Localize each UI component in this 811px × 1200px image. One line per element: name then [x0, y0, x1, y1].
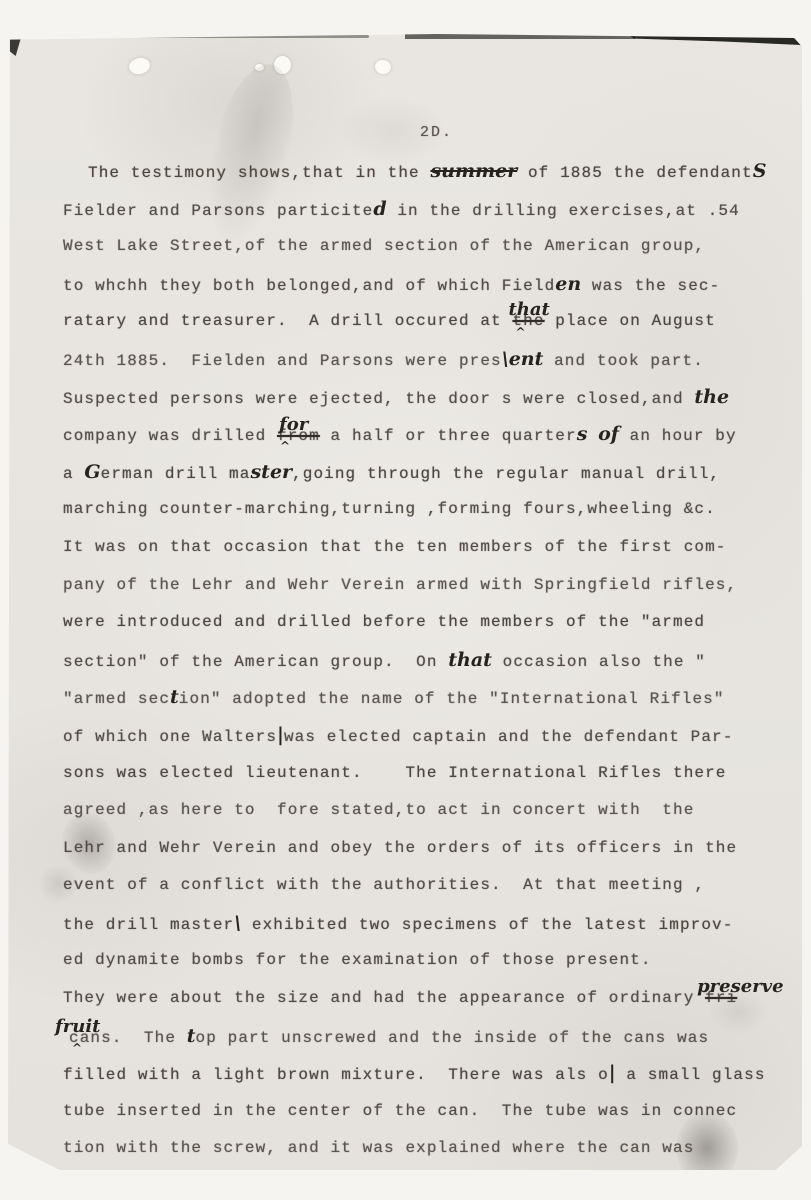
handwritten-correction: en — [555, 273, 581, 295]
punch-hole — [274, 56, 291, 74]
handwritten-correction: t — [170, 686, 179, 708]
caret-mark: ^ — [515, 326, 525, 338]
text-line: a German drill master,going through the … — [63, 454, 788, 492]
ink-mark — [8, 36, 22, 56]
handwritten-correction: t — [187, 1025, 196, 1047]
handwritten-correction: that — [448, 649, 492, 671]
text-line: pany of the Lehr and Wehr Verein armed w… — [63, 567, 788, 605]
typed-text: filled with a light brown mixture. There… — [63, 1066, 609, 1084]
handwritten-insertion: fruit — [55, 1018, 100, 1036]
typed-text: place on August — [545, 312, 716, 330]
typed-text: of 1885 the defendant — [517, 164, 752, 182]
handwritten-correction: of — [598, 423, 619, 445]
typed-text: company was drilled — [63, 427, 277, 445]
typed-text: They were about the size and had the app… — [63, 989, 705, 1007]
paper-sheet: 2D. The testimony shows,that in the summ… — [8, 34, 802, 1170]
typed-text: exhibited two specimens of the latest im… — [241, 916, 733, 934]
typed-text: Lehr and Wehr Verein and obey the orders… — [63, 839, 737, 857]
text-line: the drill master\ exhibited two specimen… — [63, 905, 788, 943]
text-line: fruit^cans. The top part unscrewed and t… — [63, 1018, 788, 1056]
text-line: were introduced and drilled before the m… — [63, 604, 788, 642]
text-line: They were about the size and had the app… — [63, 980, 788, 1018]
punch-hole — [255, 64, 264, 71]
handwritten-correction: G — [84, 461, 100, 483]
typed-text: a small glass — [616, 1066, 766, 1084]
text-line: to whchh they both belonged,and of which… — [63, 266, 788, 304]
torn-edge — [627, 34, 802, 45]
typed-text: sons was elected lieutenant. The Interna… — [63, 764, 727, 782]
typed-text: and took part. — [543, 352, 704, 370]
text-line: company was drilled for^from a half or t… — [63, 416, 788, 454]
typed-text: in the drilling exercises,at .54 — [387, 202, 740, 220]
typed-text: It was on that occasion that the ten mem… — [63, 538, 727, 556]
typed-text: was the sec- — [581, 277, 720, 295]
typed-text: occasion also the " — [492, 653, 706, 671]
typed-text: ratary and treasurer. A drill occured at — [63, 312, 512, 330]
caret-mark: ^ — [72, 1042, 82, 1054]
typed-text: tube inserted in the center of the can. … — [63, 1102, 737, 1120]
text-line: tion with the screw, and it was explaine… — [63, 1130, 788, 1168]
handwritten-insertion: that — [508, 301, 549, 319]
typed-text: tion with the screw, and it was explaine… — [63, 1139, 694, 1157]
typed-text: of which one Walters — [63, 728, 277, 746]
typed-text: ,going through the regular manual drill, — [292, 465, 720, 483]
text-line: marching counter-marching,turning ,formi… — [63, 491, 788, 529]
scanned-document-page: { "page": { "number_label": "2D.", "colo… — [0, 0, 811, 1200]
typed-text: ion" adopted the name of the "Internatio… — [179, 690, 725, 708]
text-line: ratary and treasurer. A drill occured at… — [63, 303, 788, 341]
handwritten-insertion: for — [279, 416, 308, 434]
typed-text: marching counter-marching,turning ,formi… — [63, 500, 716, 518]
handwritten-correction: \ent — [502, 348, 544, 370]
typed-text: erman drill ma — [101, 465, 251, 483]
text-line: filled with a light brown mixture. There… — [63, 1055, 788, 1093]
text-line: ed dynamite bombs for the examination of… — [63, 942, 788, 980]
text-line: "armed section" adopted the name of the … — [63, 679, 788, 717]
typed-text: event of a conflict with the authorities… — [63, 876, 705, 894]
typed-text: The — [123, 1029, 187, 1047]
typed-text: West Lake Street,of the armed section of… — [63, 237, 705, 255]
typed-text: section" of the American group. On — [63, 653, 448, 671]
text-line: sons was elected lieutenant. The Interna… — [63, 755, 788, 793]
text-line: section" of the American group. On that … — [63, 642, 788, 680]
torn-edge — [405, 34, 635, 39]
text-line: It was on that occasion that the ten mem… — [63, 529, 788, 567]
typed-text: The testimony shows,that in the — [88, 164, 430, 182]
typed-text: agreed ,as here to fore stated,to act in… — [63, 801, 694, 819]
text-body: The testimony shows,that in the summer o… — [63, 153, 788, 1168]
torn-edge — [20, 35, 369, 38]
handwritten-correction: | — [277, 724, 284, 746]
typed-text: to whchh they both belonged,and of which… — [63, 277, 555, 295]
typed-text: was elected captain and the defendant Pa… — [284, 728, 733, 746]
typed-text: Suspected persons were ejected, the door… — [63, 390, 694, 408]
typed-text: a — [63, 465, 84, 483]
text-line: Lehr and Wehr Verein and obey the orders… — [63, 830, 788, 868]
text-line: agreed ,as here to fore stated,to act in… — [63, 792, 788, 830]
text-line: West Lake Street,of the armed section of… — [63, 228, 788, 266]
text-line: tube inserted in the center of the can. … — [63, 1093, 788, 1131]
typed-text: ed dynamite bombs for the examination of… — [63, 951, 652, 969]
caret-mark: ^ — [280, 440, 290, 452]
typed-text: Fielder and Parsons particite — [63, 202, 373, 220]
text-line: Fielder and Parsons particited in the dr… — [63, 191, 788, 229]
typed-text: the drill master — [63, 916, 234, 934]
punch-hole — [374, 59, 392, 75]
handwritten-correction: s — [577, 423, 588, 445]
text-line: The testimony shows,that in the summer o… — [63, 153, 788, 191]
text-line: Suspected persons were ejected, the door… — [63, 379, 788, 417]
text-line: of which one Walters|was elected captain… — [63, 717, 788, 755]
typed-text: "armed sec — [63, 690, 170, 708]
handwritten-correction: d — [373, 198, 386, 220]
handwritten-correction: ster — [250, 461, 292, 483]
typed-text: op part unscrewed and the inside of the … — [196, 1029, 710, 1047]
handwritten-correction: S — [753, 160, 767, 182]
typed-text: 24th 1885. Fielden and Parsons were pres — [63, 352, 502, 370]
punch-hole — [128, 56, 152, 76]
typed-text: an hour by — [619, 427, 737, 445]
text-line: event of a conflict with the authorities… — [63, 867, 788, 905]
typed-text: pany of the Lehr and Wehr Verein armed w… — [63, 576, 737, 594]
text-line: 24th 1885. Fielden and Parsons were pres… — [63, 341, 788, 379]
typed-text: were introduced and drilled before the m… — [63, 613, 705, 631]
handwritten-correction: the — [694, 386, 729, 408]
typed-text: a half or three quarter — [320, 427, 577, 445]
typed-text — [587, 427, 598, 445]
handwritten-insertion: preserve — [697, 978, 784, 996]
page-number: 2D. — [420, 124, 453, 141]
handwritten-correction: | — [609, 1062, 616, 1084]
handwritten-overwrite: summer — [430, 160, 517, 182]
